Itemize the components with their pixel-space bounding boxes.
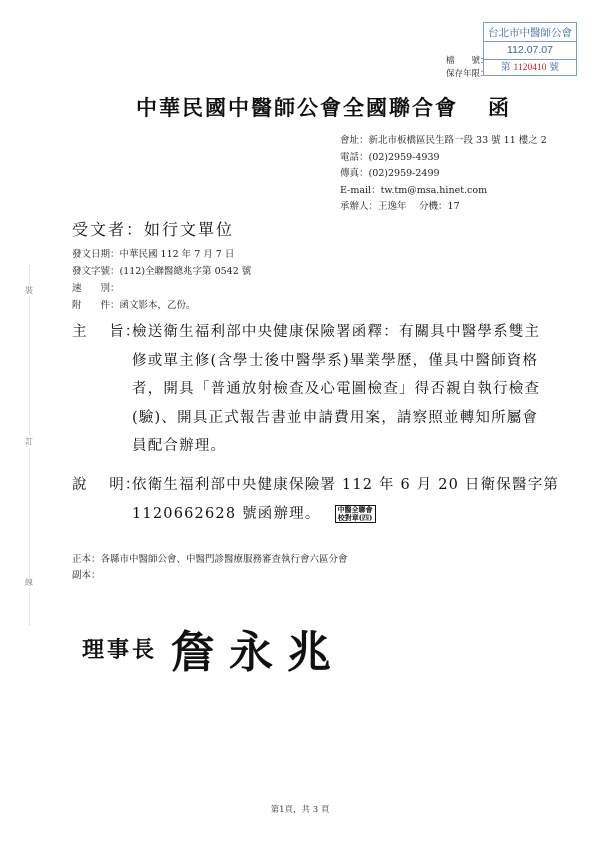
attachment: 附 件：函文影本，乙份。 <box>72 297 251 314</box>
proofread-stamp: 中醫全聯會校對章(四) <box>335 505 376 523</box>
binding-mark-zhuang: 裝 <box>21 285 37 296</box>
signature-block: 理事長 詹永兆 <box>82 613 345 683</box>
contact-address: 會址：新北市板橋區民生路一段 33 號 11 樓之 2 <box>340 133 547 150</box>
document-title: 中華民國中醫師公會全國聯合會函 <box>136 92 511 122</box>
subject-line: 員配合辦理。 <box>132 432 550 461</box>
stamp-date: 112.07.07 <box>484 42 576 60</box>
subject-label: 主 旨： <box>72 318 141 347</box>
signer-title: 理事長 <box>82 633 157 664</box>
original-recipients: 正本：各縣市中醫師公會、中醫門診醫療服務審查執行會六區分會 <box>72 552 348 568</box>
subject-line: 修或單主修(含學士後中醫學系)畢業學歷，僅具中醫師資格 <box>132 347 550 376</box>
explanation-label: 說 明： <box>72 471 141 500</box>
stamp-number: 第 1120410 號 <box>484 60 576 76</box>
stamp-number-suffix: 號 <box>549 62 559 73</box>
stamp-number-value: 1120410 <box>514 63 547 73</box>
document-number: 發文字號：(112)全聯醫總兆字第 0542 號 <box>72 263 251 280</box>
contact-block: 會址：新北市板橋區民生路一段 33 號 11 樓之 2 電話：(02)2959-… <box>340 133 547 216</box>
subject-line: (驗)、開具正式報告書並申請費用案，請察照並轉知所屬會 <box>132 404 550 433</box>
contact-fax: 傳真：(02)2959-2499 <box>340 166 547 183</box>
receipt-stamp: 台北市中醫師公會 112.07.07 第 1120410 號 <box>483 22 577 76</box>
contact-phone: 電話：(02)2959-4939 <box>340 150 547 167</box>
subject-line: 檢送衛生福利部中央健康保險署函釋：有關具中醫學系雙主 <box>132 318 550 347</box>
issue-date: 發文日期：中華民國 112 年 7 月 7 日 <box>72 246 251 263</box>
retention-label: 保存年限： <box>446 68 489 81</box>
meta-block: 發文日期：中華民國 112 年 7 月 7 日 發文字號：(112)全聯醫總兆字… <box>72 246 251 314</box>
recipient: 受文者：如行文單位 <box>72 217 234 240</box>
contact-handler: 承辦人：王逸年 分機：17 <box>340 199 547 216</box>
binding-mark-xian: 線 <box>21 577 37 588</box>
signer-name: 詹永兆 <box>171 616 345 680</box>
explanation-line: 1120662628 號函辦理。中醫全聯會校對章(四) <box>132 500 550 529</box>
explanation-line: 依衛生福利部中央健康保險署 112 年 6 月 20 日衛保醫字第 <box>132 471 550 500</box>
archive-labels: 檔 號： 保存年限： <box>446 55 489 81</box>
binding-mark-ding: 訂 <box>21 436 37 447</box>
file-number-label: 檔 號： <box>446 55 489 68</box>
subject-line: 者，開具「普通放射檢查及心電圖檢查」得否親自執行檢查 <box>132 375 550 404</box>
stamp-number-prefix: 第 <box>501 62 511 73</box>
document-type: 函 <box>488 95 511 120</box>
stamp-organization: 台北市中醫師公會 <box>484 25 576 42</box>
subject-content: 檢送衛生福利部中央健康保險署函釋：有關具中醫學系雙主 修或單主修(含學士後中醫學… <box>132 318 550 461</box>
contact-email: E-mail：tw.tm@msa.hinet.com <box>340 183 547 200</box>
distribution-block: 正本：各縣市中醫師公會、中醫門診醫療服務審查執行會六區分會 副本： <box>72 552 348 583</box>
organization-name: 中華民國中醫師公會全國聯合會 <box>136 95 458 120</box>
explanation-content: 依衛生福利部中央健康保險署 112 年 6 月 20 日衛保醫字第 112066… <box>132 471 550 528</box>
copy-recipients: 副本： <box>72 568 348 584</box>
delivery-speed: 速 別： <box>72 280 251 297</box>
page-indicator: 第1頁，共 3 頁 <box>0 803 600 815</box>
